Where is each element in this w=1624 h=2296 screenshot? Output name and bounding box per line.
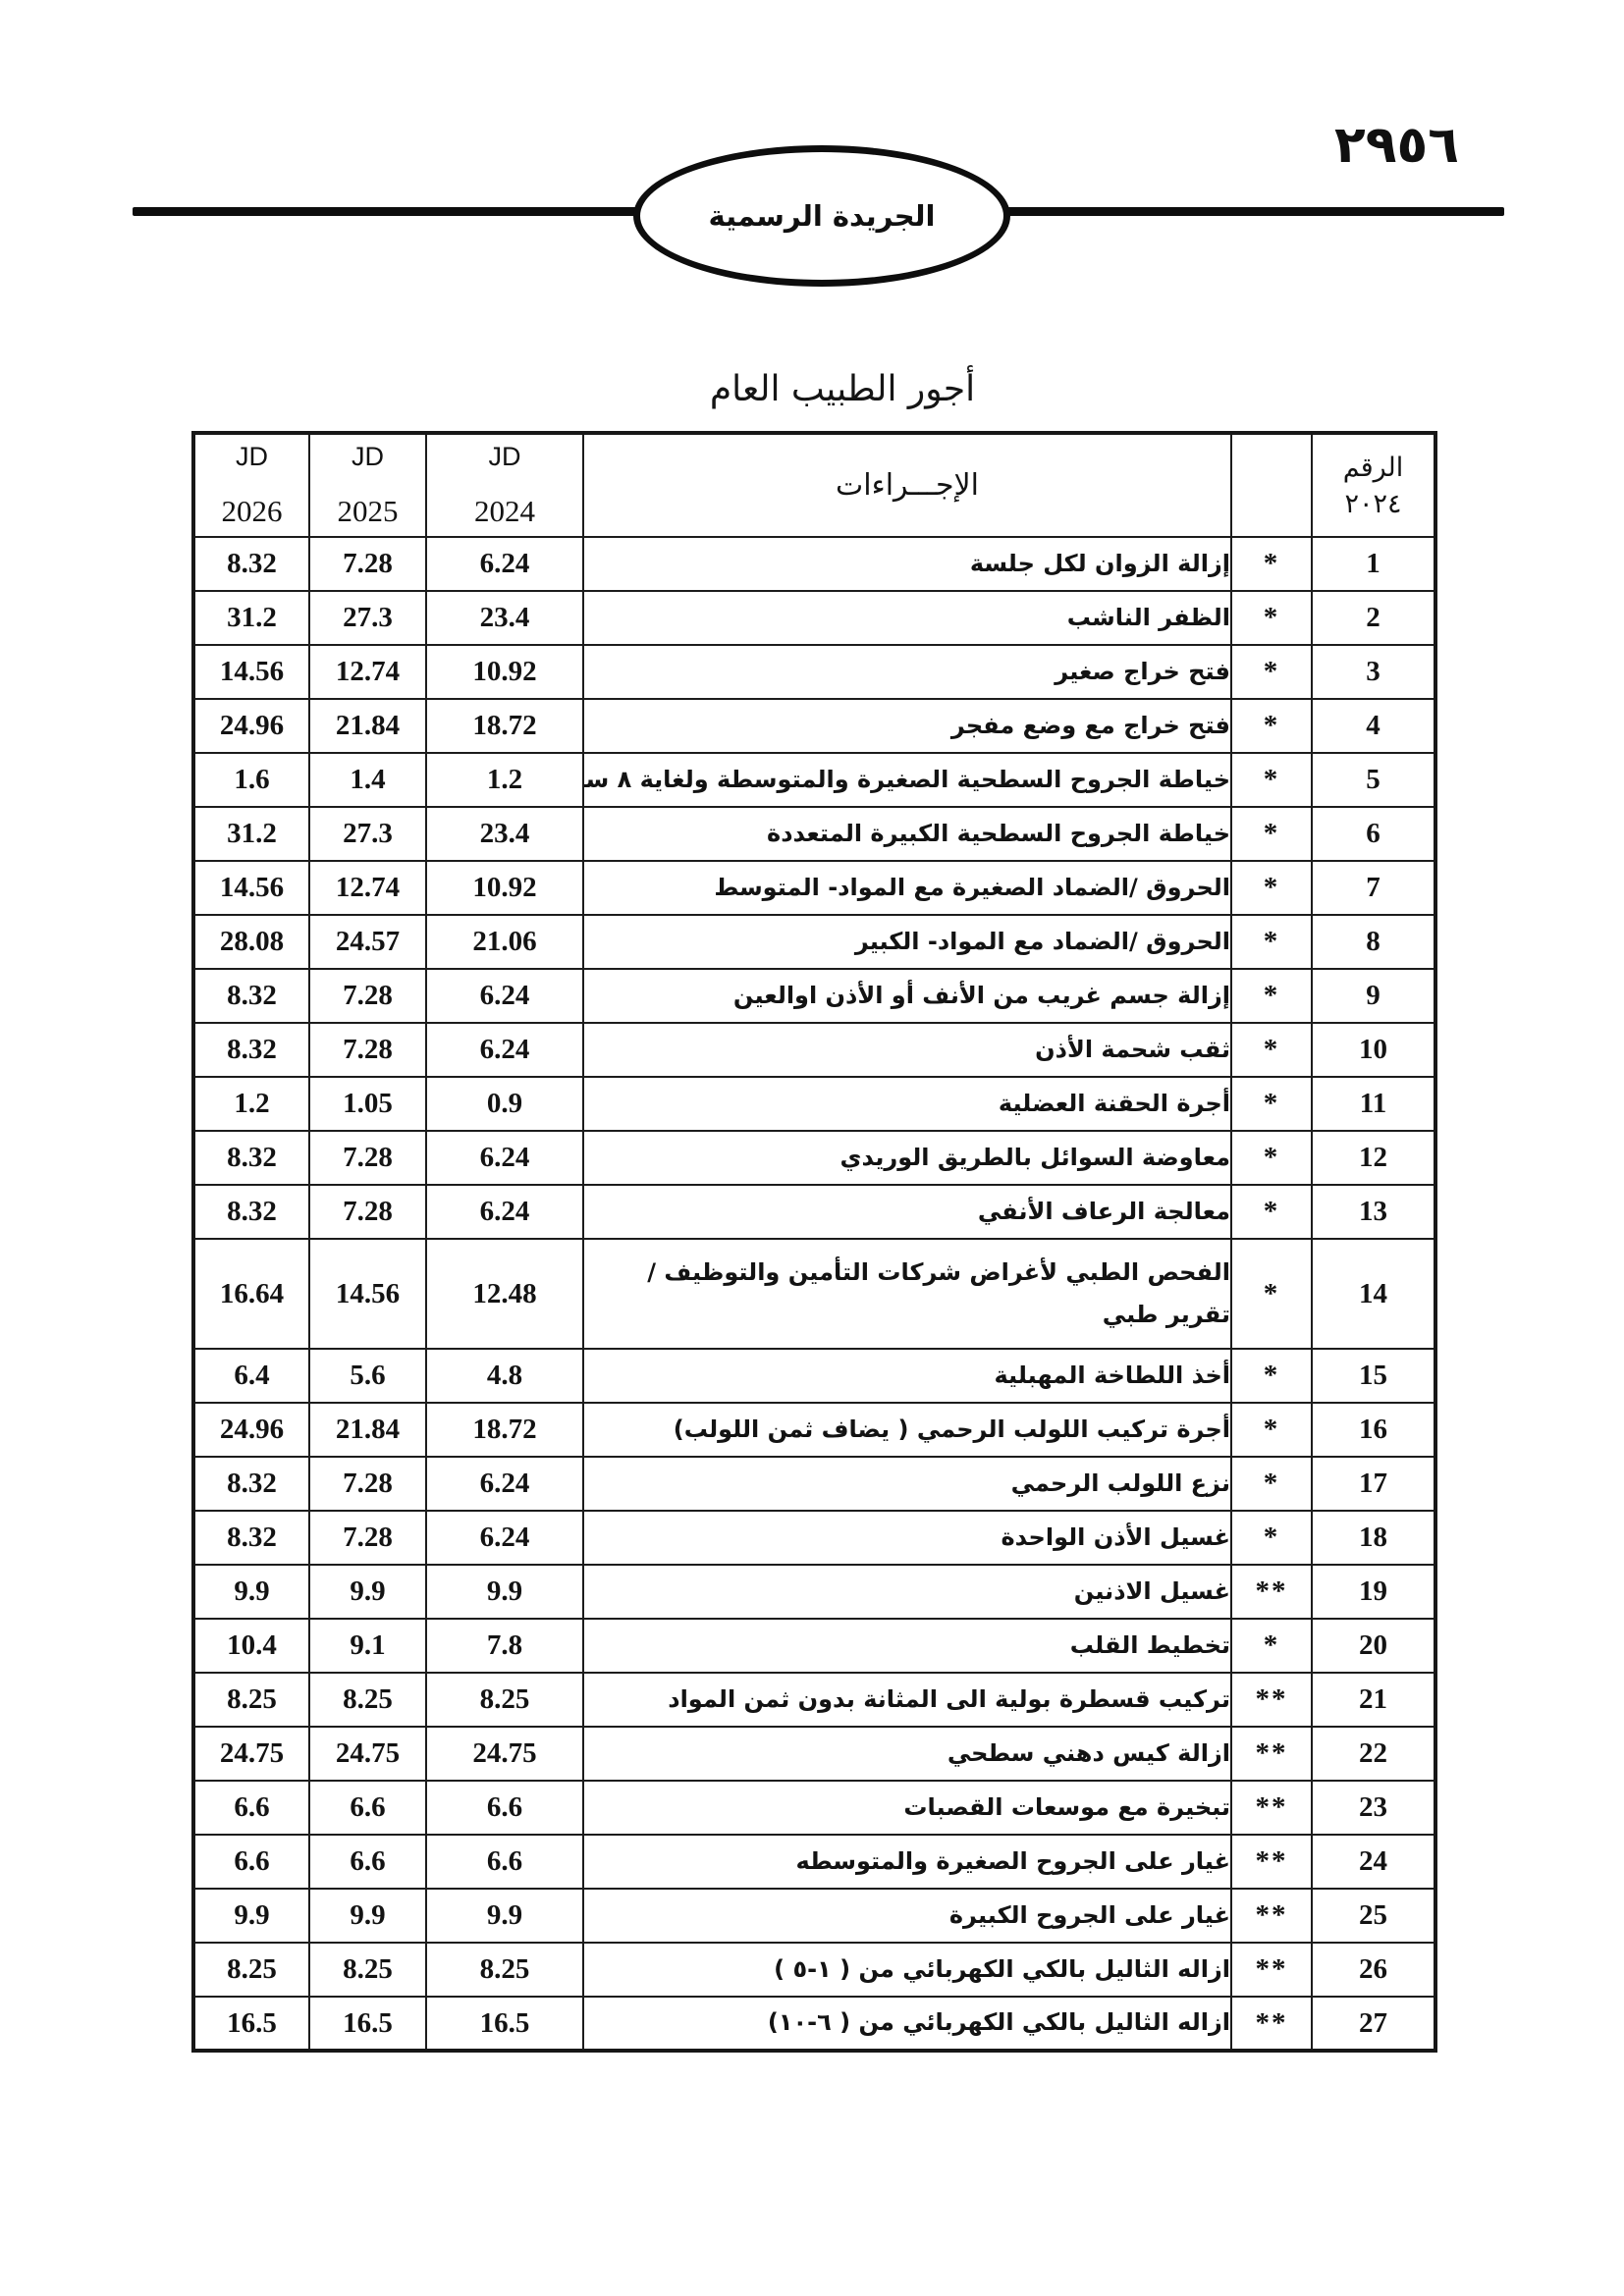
row-jd-2026: 14.56 <box>193 645 309 699</box>
row-jd-2026: 8.32 <box>193 969 309 1023</box>
table-row: 21**تركيب قسطرة بولية الى المثانة بدون ث… <box>193 1673 1435 1727</box>
gazette-badge-label: الجريدة الرسمية <box>709 199 936 233</box>
table-row: 15*أخذ اللطاخة المهبلية4.85.66.4 <box>193 1349 1435 1403</box>
row-number: 3 <box>1312 645 1435 699</box>
table-row: 26**ازاله الثاليل بالكي الكهربائي من ( ١… <box>193 1943 1435 1997</box>
table-row: 3*فتح خراج صغير10.9212.7414.56 <box>193 645 1435 699</box>
row-procedure: خياطة الجروح السطحية الصغيرة والمتوسطة و… <box>583 753 1231 807</box>
header-jd-2026: JD 2026 <box>193 433 309 537</box>
row-jd-2024: 6.24 <box>426 537 583 591</box>
row-jd-2025: 1.05 <box>309 1077 426 1131</box>
row-marker: * <box>1231 969 1312 1023</box>
row-number: 19 <box>1312 1565 1435 1619</box>
row-number: 13 <box>1312 1185 1435 1239</box>
row-number: 20 <box>1312 1619 1435 1673</box>
header-jd-2025-year: 2025 <box>310 494 425 529</box>
fee-table-body: 1*إزالة الزوان لكل جلسة6.247.288.322*الظ… <box>193 537 1435 2051</box>
table-row: 2*الظفر الناشب23.427.331.2 <box>193 591 1435 645</box>
row-jd-2024: 23.4 <box>426 807 583 861</box>
row-procedure: غسيل الأذن الواحدة <box>583 1511 1231 1565</box>
row-procedure: تركيب قسطرة بولية الى المثانة بدون ثمن ا… <box>583 1673 1231 1727</box>
row-procedure: أجرة تركيب اللولب الرحمي ( يضاف ثمن اللو… <box>583 1403 1231 1457</box>
row-jd-2024: 16.5 <box>426 1997 583 2051</box>
row-jd-2025: 7.28 <box>309 1511 426 1565</box>
row-jd-2024: 1.2 <box>426 753 583 807</box>
row-jd-2025: 9.9 <box>309 1565 426 1619</box>
table-row: 16*أجرة تركيب اللولب الرحمي ( يضاف ثمن ا… <box>193 1403 1435 1457</box>
table-row: 5*خياطة الجروح السطحية الصغيرة والمتوسطة… <box>193 753 1435 807</box>
row-jd-2025: 7.28 <box>309 969 426 1023</box>
row-jd-2026: 8.32 <box>193 1457 309 1511</box>
table-row: 8*الحروق /الضماد مع المواد- الكبير21.062… <box>193 915 1435 969</box>
row-marker: * <box>1231 1349 1312 1403</box>
row-marker: ** <box>1231 1943 1312 1997</box>
row-jd-2024: 8.25 <box>426 1673 583 1727</box>
row-marker: ** <box>1231 1727 1312 1781</box>
header-jd-2024-year: 2024 <box>427 494 582 529</box>
row-jd-2024: 18.72 <box>426 1403 583 1457</box>
row-jd-2025: 6.6 <box>309 1835 426 1889</box>
header-marker <box>1231 433 1312 537</box>
row-jd-2024: 10.92 <box>426 861 583 915</box>
page-number: ٢٩٥٦ <box>1334 116 1459 175</box>
header-number-year: ٢٠٢٤ <box>1313 489 1434 519</box>
table-row: 12*معاوضة السوائل بالطريق الوريدي6.247.2… <box>193 1131 1435 1185</box>
header-jd-2025: JD 2025 <box>309 433 426 537</box>
row-jd-2025: 7.28 <box>309 1185 426 1239</box>
gazette-badge: الجريدة الرسمية <box>633 145 1010 287</box>
row-jd-2026: 10.4 <box>193 1619 309 1673</box>
row-marker: * <box>1231 1239 1312 1349</box>
row-marker: * <box>1231 699 1312 753</box>
row-jd-2026: 8.32 <box>193 1511 309 1565</box>
row-jd-2025: 7.28 <box>309 1457 426 1511</box>
row-number: 16 <box>1312 1403 1435 1457</box>
row-jd-2025: 21.84 <box>309 699 426 753</box>
row-jd-2024: 0.9 <box>426 1077 583 1131</box>
row-marker: ** <box>1231 1781 1312 1835</box>
row-procedure: الحروق /الضماد الصغيرة مع المواد- المتوس… <box>583 861 1231 915</box>
row-jd-2026: 31.2 <box>193 807 309 861</box>
row-jd-2026: 9.9 <box>193 1565 309 1619</box>
header-jd-2024-currency: JD <box>427 442 582 472</box>
row-jd-2026: 8.32 <box>193 1185 309 1239</box>
row-number: 17 <box>1312 1457 1435 1511</box>
header-number: الرقم ٢٠٢٤ <box>1312 433 1435 537</box>
table-row: 9*إزالة جسم غريب من الأنف أو الأذن اوالع… <box>193 969 1435 1023</box>
table-header-row: الرقم ٢٠٢٤ الإجـــراءات JD 2024 JD 2025 … <box>193 433 1435 537</box>
row-number: 15 <box>1312 1349 1435 1403</box>
row-jd-2025: 12.74 <box>309 645 426 699</box>
row-number: 4 <box>1312 699 1435 753</box>
row-jd-2024: 6.24 <box>426 1131 583 1185</box>
header-jd-2025-currency: JD <box>310 442 425 472</box>
row-jd-2025: 7.28 <box>309 1023 426 1077</box>
row-jd-2024: 6.24 <box>426 969 583 1023</box>
row-marker: * <box>1231 915 1312 969</box>
table-row: 24**غيار على الجروح الصغيرة والمتوسطه6.6… <box>193 1835 1435 1889</box>
row-marker: ** <box>1231 1673 1312 1727</box>
row-jd-2024: 6.6 <box>426 1781 583 1835</box>
row-jd-2025: 9.1 <box>309 1619 426 1673</box>
row-marker: * <box>1231 1023 1312 1077</box>
row-procedure: الفحص الطبي لأغراض شركات التأمين والتوظي… <box>583 1239 1231 1349</box>
row-procedure: أجرة الحقنة العضلية <box>583 1077 1231 1131</box>
row-marker: * <box>1231 1131 1312 1185</box>
row-jd-2026: 8.32 <box>193 537 309 591</box>
row-procedure: الحروق /الضماد مع المواد- الكبير <box>583 915 1231 969</box>
row-jd-2026: 6.6 <box>193 1835 309 1889</box>
row-number: 26 <box>1312 1943 1435 1997</box>
row-marker: ** <box>1231 1835 1312 1889</box>
row-jd-2024: 23.4 <box>426 591 583 645</box>
row-jd-2025: 27.3 <box>309 591 426 645</box>
row-marker: * <box>1231 1619 1312 1673</box>
row-marker: * <box>1231 861 1312 915</box>
table-row: 20*تخطيط القلب7.89.110.4 <box>193 1619 1435 1673</box>
row-jd-2024: 10.92 <box>426 645 583 699</box>
row-jd-2024: 18.72 <box>426 699 583 753</box>
row-procedure: ازاله الثاليل بالكي الكهربائي من ( ٦-١٠) <box>583 1997 1231 2051</box>
row-marker: * <box>1231 807 1312 861</box>
header-number-label: الرقم <box>1313 453 1434 483</box>
row-jd-2025: 9.9 <box>309 1889 426 1943</box>
row-jd-2026: 8.32 <box>193 1023 309 1077</box>
row-jd-2024: 8.25 <box>426 1943 583 1997</box>
row-jd-2026: 24.96 <box>193 1403 309 1457</box>
table-row: 4*فتح خراج مع وضع مفجر18.7221.8424.96 <box>193 699 1435 753</box>
row-jd-2025: 21.84 <box>309 1403 426 1457</box>
row-procedure: فتح خراج صغير <box>583 645 1231 699</box>
row-number: 8 <box>1312 915 1435 969</box>
row-jd-2025: 8.25 <box>309 1943 426 1997</box>
page-title: أجور الطبيب العام <box>253 369 1432 409</box>
row-procedure: تخطيط القلب <box>583 1619 1231 1673</box>
row-jd-2025: 12.74 <box>309 861 426 915</box>
row-jd-2024: 9.9 <box>426 1889 583 1943</box>
row-number: 7 <box>1312 861 1435 915</box>
row-procedure: غيار على الجروح الكبيرة <box>583 1889 1231 1943</box>
row-number: 14 <box>1312 1239 1435 1349</box>
row-jd-2026: 8.25 <box>193 1673 309 1727</box>
row-number: 10 <box>1312 1023 1435 1077</box>
row-jd-2024: 6.24 <box>426 1511 583 1565</box>
row-number: 5 <box>1312 753 1435 807</box>
row-jd-2024: 9.9 <box>426 1565 583 1619</box>
table-row: 11*أجرة الحقنة العضلية0.91.051.2 <box>193 1077 1435 1131</box>
row-procedure: غيار على الجروح الصغيرة والمتوسطه <box>583 1835 1231 1889</box>
row-marker: * <box>1231 591 1312 645</box>
header-jd-2024: JD 2024 <box>426 433 583 537</box>
row-number: 27 <box>1312 1997 1435 2051</box>
row-marker: * <box>1231 1511 1312 1565</box>
table-row: 18*غسيل الأذن الواحدة6.247.288.32 <box>193 1511 1435 1565</box>
row-procedure: إزالة الزوان لكل جلسة <box>583 537 1231 591</box>
row-jd-2024: 7.8 <box>426 1619 583 1673</box>
row-number: 21 <box>1312 1673 1435 1727</box>
row-procedure: ازاله الثاليل بالكي الكهربائي من ( ١-٥ ) <box>583 1943 1231 1997</box>
table-row: 10*ثقب شحمة الأذن6.247.288.32 <box>193 1023 1435 1077</box>
row-jd-2025: 5.6 <box>309 1349 426 1403</box>
row-marker: ** <box>1231 1997 1312 2051</box>
table-row: 19**غسيل الاذنين9.99.99.9 <box>193 1565 1435 1619</box>
table-row: 27**ازاله الثاليل بالكي الكهربائي من ( ٦… <box>193 1997 1435 2051</box>
row-procedure: غسيل الاذنين <box>583 1565 1231 1619</box>
table-row: 14*الفحص الطبي لأغراض شركات التأمين والت… <box>193 1239 1435 1349</box>
table-row: 7*الحروق /الضماد الصغيرة مع المواد- المت… <box>193 861 1435 915</box>
row-procedure: أخذ اللطاخة المهبلية <box>583 1349 1231 1403</box>
fees-table: الرقم ٢٠٢٤ الإجـــراءات JD 2024 JD 2025 … <box>191 431 1437 2053</box>
row-procedure: تبخيرة مع موسعات القصبات <box>583 1781 1231 1835</box>
row-number: 1 <box>1312 537 1435 591</box>
row-jd-2026: 6.6 <box>193 1781 309 1835</box>
row-jd-2026: 31.2 <box>193 591 309 645</box>
row-procedure: معالجة الرعاف الأنفي <box>583 1185 1231 1239</box>
row-jd-2024: 4.8 <box>426 1349 583 1403</box>
row-jd-2025: 8.25 <box>309 1673 426 1727</box>
row-number: 2 <box>1312 591 1435 645</box>
row-jd-2026: 14.56 <box>193 861 309 915</box>
row-jd-2025: 6.6 <box>309 1781 426 1835</box>
row-marker: * <box>1231 645 1312 699</box>
row-procedure: الظفر الناشب <box>583 591 1231 645</box>
row-jd-2024: 21.06 <box>426 915 583 969</box>
row-number: 25 <box>1312 1889 1435 1943</box>
row-jd-2025: 24.75 <box>309 1727 426 1781</box>
row-jd-2026: 1.2 <box>193 1077 309 1131</box>
row-number: 9 <box>1312 969 1435 1023</box>
row-procedure: نزع اللولب الرحمي <box>583 1457 1231 1511</box>
table-row: 1*إزالة الزوان لكل جلسة6.247.288.32 <box>193 537 1435 591</box>
row-jd-2024: 6.6 <box>426 1835 583 1889</box>
row-marker: * <box>1231 1077 1312 1131</box>
table-row: 17*نزع اللولب الرحمي6.247.288.32 <box>193 1457 1435 1511</box>
row-marker: * <box>1231 1185 1312 1239</box>
row-jd-2025: 7.28 <box>309 1131 426 1185</box>
row-marker: ** <box>1231 1889 1312 1943</box>
row-procedure: ثقب شحمة الأذن <box>583 1023 1231 1077</box>
row-jd-2026: 9.9 <box>193 1889 309 1943</box>
row-procedure: خياطة الجروح السطحية الكبيرة المتعددة <box>583 807 1231 861</box>
row-jd-2025: 27.3 <box>309 807 426 861</box>
row-jd-2024: 12.48 <box>426 1239 583 1349</box>
row-jd-2026: 6.4 <box>193 1349 309 1403</box>
row-jd-2026: 8.25 <box>193 1943 309 1997</box>
header-jd-2026-year: 2026 <box>195 494 308 529</box>
row-number: 18 <box>1312 1511 1435 1565</box>
row-jd-2024: 6.24 <box>426 1457 583 1511</box>
row-number: 11 <box>1312 1077 1435 1131</box>
table-row: 6*خياطة الجروح السطحية الكبيرة المتعددة2… <box>193 807 1435 861</box>
row-marker: ** <box>1231 1565 1312 1619</box>
row-number: 23 <box>1312 1781 1435 1835</box>
row-jd-2026: 24.96 <box>193 699 309 753</box>
row-jd-2026: 16.64 <box>193 1239 309 1349</box>
row-jd-2026: 8.32 <box>193 1131 309 1185</box>
row-number: 12 <box>1312 1131 1435 1185</box>
row-jd-2026: 1.6 <box>193 753 309 807</box>
row-jd-2026: 16.5 <box>193 1997 309 2051</box>
table-row: 23**تبخيرة مع موسعات القصبات6.66.66.6 <box>193 1781 1435 1835</box>
row-number: 24 <box>1312 1835 1435 1889</box>
row-marker: * <box>1231 1403 1312 1457</box>
row-jd-2025: 7.28 <box>309 537 426 591</box>
table-row: 25**غيار على الجروح الكبيرة9.99.99.9 <box>193 1889 1435 1943</box>
row-marker: * <box>1231 537 1312 591</box>
row-jd-2025: 1.4 <box>309 753 426 807</box>
row-number: 22 <box>1312 1727 1435 1781</box>
row-procedure: معاوضة السوائل بالطريق الوريدي <box>583 1131 1231 1185</box>
header-procedures: الإجـــراءات <box>583 433 1231 537</box>
row-jd-2024: 6.24 <box>426 1023 583 1077</box>
row-jd-2026: 24.75 <box>193 1727 309 1781</box>
row-number: 6 <box>1312 807 1435 861</box>
gazette-page: ٢٩٥٦ الجريدة الرسمية أجور الطبيب العام ا… <box>0 0 1624 2296</box>
row-jd-2025: 16.5 <box>309 1997 426 2051</box>
row-procedure: ازالة كيس دهني سطحي <box>583 1727 1231 1781</box>
row-procedure: إزالة جسم غريب من الأنف أو الأذن اوالعين <box>583 969 1231 1023</box>
row-jd-2024: 6.24 <box>426 1185 583 1239</box>
table-row: 13*معالجة الرعاف الأنفي6.247.288.32 <box>193 1185 1435 1239</box>
row-marker: * <box>1231 1457 1312 1511</box>
row-procedure: فتح خراج مع وضع مفجر <box>583 699 1231 753</box>
row-jd-2025: 14.56 <box>309 1239 426 1349</box>
table-row: 22**ازالة كيس دهني سطحي24.7524.7524.75 <box>193 1727 1435 1781</box>
header-jd-2026-currency: JD <box>195 442 308 472</box>
row-jd-2025: 24.57 <box>309 915 426 969</box>
row-marker: * <box>1231 753 1312 807</box>
row-jd-2024: 24.75 <box>426 1727 583 1781</box>
row-jd-2026: 28.08 <box>193 915 309 969</box>
